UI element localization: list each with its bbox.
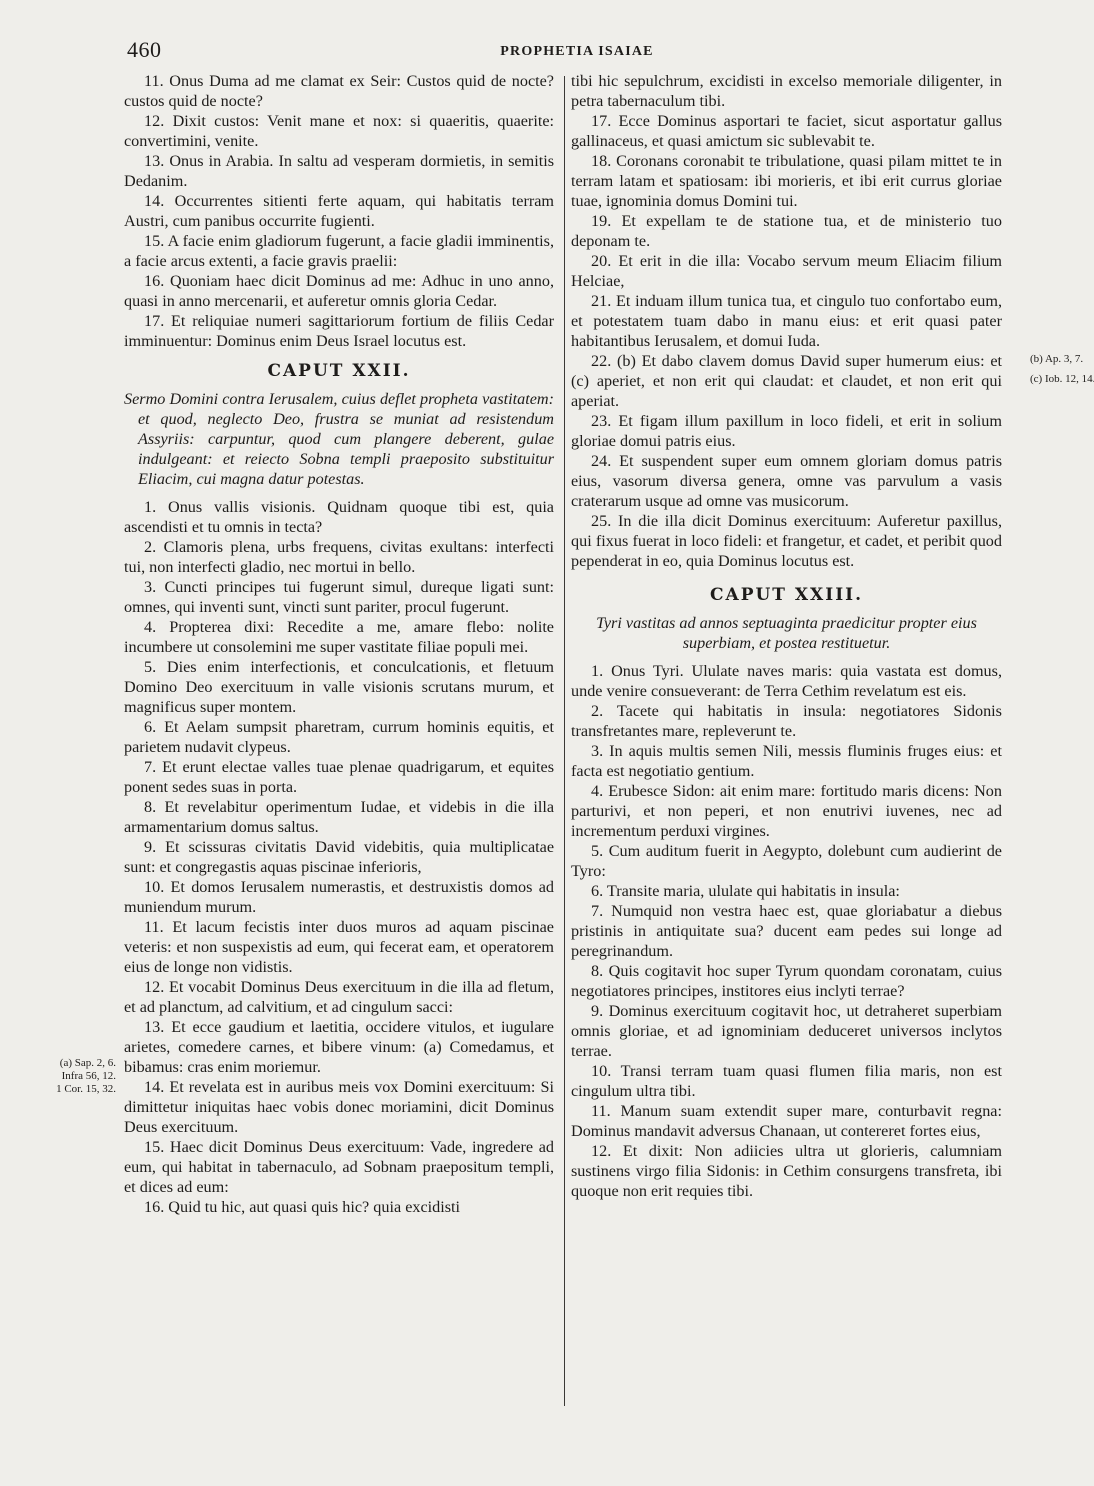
verse: 6. Transite maria, ululate qui habitatis… xyxy=(571,881,1002,901)
chapter-summary: Tyri vastitas ad annos septuaginta praed… xyxy=(571,613,1002,653)
verse: 14. Et revelata est in auribus meis vox … xyxy=(124,1077,554,1137)
verse: 16. Quid tu hic, aut quasi quis hic? qui… xyxy=(124,1197,554,1217)
verse-text: Et figam illum paxillum in loco fideli, … xyxy=(571,412,1002,450)
verse: 9. Dominus exercituum cogitavit hoc, ut … xyxy=(571,1001,1002,1061)
verse-number: 23. xyxy=(591,412,618,430)
verse-text: Clamoris plena, urbs frequens, civitas e… xyxy=(124,538,554,576)
verse-number: 18. xyxy=(591,152,616,170)
verse: 2. Tacete qui habitatis in insula: negot… xyxy=(571,701,1002,741)
verse-text: Occurrentes sitienti ferte aquam, qui ha… xyxy=(124,192,554,230)
verse: 10. Et domos Ierusalem numerastis, et de… xyxy=(124,877,554,917)
verse: 13. Onus in Arabia. In saltu ad vesperam… xyxy=(124,151,554,191)
verse-number: 9. xyxy=(591,1002,609,1020)
verse: 16. Quoniam haec dicit Dominus ad me: Ad… xyxy=(124,271,554,311)
verse-text: Et vocabit Dominus Deus exercituum in di… xyxy=(124,978,554,1016)
verse-text: In aquis multis semen Nili, messis flumi… xyxy=(571,742,1002,780)
verse-text: Quoniam haec dicit Dominus ad me: Adhuc … xyxy=(124,272,554,310)
verse-text: Onus Duma ad me clamat ex Seir: Custos q… xyxy=(124,72,554,110)
verse: 5. Cum auditum fuerit in Aegypto, dolebu… xyxy=(571,841,1002,881)
running-title: PROPHETIA ISAIAE xyxy=(0,44,1094,60)
verse: 1. Onus vallis visionis. Quidnam quoque … xyxy=(124,497,554,537)
left-column: 11. Onus Duma ad me clamat ex Seir: Cust… xyxy=(124,71,554,1217)
verse: 11. Et lacum fecistis inter duos muros a… xyxy=(124,917,554,977)
verse-number: 2. xyxy=(591,702,617,720)
verse: 21. Et induam illum tunica tua, et cingu… xyxy=(571,291,1002,351)
verse: 5. Dies enim interfectionis, et conculca… xyxy=(124,657,554,717)
verse-number: 17. xyxy=(591,112,618,130)
verse-text: Et domos Ierusalem numerastis, et destru… xyxy=(124,878,554,916)
verse-text: Et erunt electae valles tuae plenae quad… xyxy=(124,758,554,796)
verse: 19. Et expellam te de statione tua, et d… xyxy=(571,211,1002,251)
verse-text: Numquid non vestra haec est, quae gloria… xyxy=(571,902,1002,960)
verse-number: 4. xyxy=(144,618,169,636)
verse-text: Et ecce gaudium et laetitia, occidere vi… xyxy=(124,1018,554,1076)
verse: 12. Dixit custos: Venit mane et nox: si … xyxy=(124,111,554,151)
verse-text: Et expellam te de statione tua, et de mi… xyxy=(571,212,1002,250)
verse: 17. Ecce Dominus asportari te faciet, si… xyxy=(571,111,1002,151)
verse-text: Transite maria, ululate qui habitatis in… xyxy=(607,882,900,900)
verse-number: 13. xyxy=(144,152,169,170)
verse-number: 4. xyxy=(591,782,608,800)
verse-text: Et induam illum tunica tua, et cingulo t… xyxy=(571,292,1002,350)
verse: 4. Propterea dixi: Recedite a me, amare … xyxy=(124,617,554,657)
verse: 7. Et erunt electae valles tuae plenae q… xyxy=(124,757,554,797)
verse-text: Onus Tyri. Ululate naves maris: quia vas… xyxy=(571,662,1002,700)
verse-text: Et scissuras civitatis David videbitis, … xyxy=(124,838,554,876)
verse-text: Propterea dixi: Recedite a me, amare fle… xyxy=(124,618,554,656)
verse: 2. Clamoris plena, urbs frequens, civita… xyxy=(124,537,554,577)
verse-number: 21. xyxy=(591,292,616,310)
verse-number: 12. xyxy=(591,1142,623,1160)
margin-reference: (a) Sap. 2, 6.Infra 56, 12.1 Cor. 15, 32… xyxy=(36,1057,116,1096)
previous-chapter-verses: 11. Onus Duma ad me clamat ex Seir: Cust… xyxy=(124,71,554,351)
verse: 25. In die illa dicit Dominus exercituum… xyxy=(571,511,1002,571)
verse-text: Et Aelam sumpsit pharetram, currum homin… xyxy=(124,718,554,756)
verse-text: Tacete qui habitatis in insula: negotiat… xyxy=(571,702,1002,740)
verse-number: 11. xyxy=(144,918,172,936)
chapter-heading: CAPUT XXIII. xyxy=(571,585,1002,605)
verse-number: 11. xyxy=(591,1102,621,1120)
verse: 20. Et erit in die illa: Vocabo servum m… xyxy=(571,251,1002,291)
verse: 11. Manum suam extendit super mare, cont… xyxy=(571,1101,1002,1141)
verse: 12. Et dixit: Non adiicies ultra ut glor… xyxy=(571,1141,1002,1201)
verse: 11. Onus Duma ad me clamat ex Seir: Cust… xyxy=(124,71,554,111)
verse-number: 6. xyxy=(144,718,164,736)
verse-text: Transi terram tuam quasi flumen filia ma… xyxy=(571,1062,1002,1100)
verse: 7. Numquid non vestra haec est, quae glo… xyxy=(571,901,1002,961)
verse-number: 12. xyxy=(144,112,173,130)
verse: 3. Cuncti principes tui fugerunt simul, … xyxy=(124,577,554,617)
verse-number: 7. xyxy=(591,902,611,920)
verse-number: 17. xyxy=(144,312,171,330)
verse-number: 3. xyxy=(591,742,609,760)
right-column: tibi hic sepulchrum, excidisti in excels… xyxy=(571,71,1002,1201)
verse-text: A facie enim gladiorum fugerunt, a facie… xyxy=(124,232,554,270)
verse: 8. Et revelabitur operimentum Iudae, et … xyxy=(124,797,554,837)
verse-text: Coronans coronabit te tribulatione, quas… xyxy=(571,152,1002,210)
verse-number: 20. xyxy=(591,252,618,270)
verse-number: 8. xyxy=(144,798,165,816)
verse-number: 5. xyxy=(144,658,167,676)
verse-number: 15. xyxy=(144,232,168,250)
verse-number: 24. xyxy=(591,452,619,470)
verse: 14. Occurrentes sitienti ferte aquam, qu… xyxy=(124,191,554,231)
verse-text: Erubesce Sidon: ait enim mare: fortitudo… xyxy=(571,782,1002,840)
verse-text: Et erit in die illa: Vocabo servum meum … xyxy=(571,252,1002,290)
chapter-heading: CAPUT XXII. xyxy=(124,361,554,381)
verse-number: 5. xyxy=(591,842,609,860)
verse-text: Cuncti principes tui fugerunt simul, dur… xyxy=(124,578,554,616)
chapter-verses: 1. Onus vallis visionis. Quidnam quoque … xyxy=(124,497,554,1217)
verse-number: 19. xyxy=(591,212,622,230)
verse-number: 13. xyxy=(144,1018,171,1036)
verse-number: 10. xyxy=(144,878,171,896)
verse: 24. Et suspendent super eum omnem gloria… xyxy=(571,451,1002,511)
verse-continuation: tibi hic sepulchrum, excidisti in excels… xyxy=(571,71,1002,111)
verse: 9. Et scissuras civitatis David videbiti… xyxy=(124,837,554,877)
verse-text: Et reliquiae numeri sagittariorum fortiu… xyxy=(124,312,554,350)
verse-text: Onus vallis visionis. Quidnam quoque tib… xyxy=(124,498,554,536)
verse-text: Manum suam extendit super mare, conturba… xyxy=(571,1102,1002,1140)
verse-text: In die illa dicit Dominus exercituum: Au… xyxy=(571,512,1002,570)
verse: 18. Coronans coronabit te tribulatione, … xyxy=(571,151,1002,211)
verse-text: Dominus exercituum cogitavit hoc, ut det… xyxy=(571,1002,1002,1060)
verse: 17. Et reliquiae numeri sagittariorum fo… xyxy=(124,311,554,351)
verse-number: 7. xyxy=(144,758,162,776)
margin-reference: (b) Ap. 3, 7.(c) Iob. 12, 14. xyxy=(1010,353,1094,393)
verse-number: 9. xyxy=(144,838,165,856)
verse-text: Quid tu hic, aut quasi quis hic? quia ex… xyxy=(168,1198,460,1216)
verse-text: Cum auditum fuerit in Aegypto, dolebunt … xyxy=(571,842,1002,880)
chapter-verses: 1. Onus Tyri. Ululate naves maris: quia … xyxy=(571,661,1002,1201)
verse-text: Haec dicit Dominus Deus exercituum: Vade… xyxy=(124,1138,554,1196)
verse-text: Et revelabitur operimentum Iudae, et vid… xyxy=(124,798,554,836)
verse-text: (b) Et dabo clavem domus David super hum… xyxy=(571,352,1002,410)
verse-number: 11. xyxy=(144,72,169,90)
verse-text: Et revelata est in auribus meis vox Domi… xyxy=(124,1078,554,1136)
verse-text: Et lacum fecistis inter duos muros ad aq… xyxy=(124,918,554,976)
verse-text: Dixit custos: Venit mane et nox: si quae… xyxy=(124,112,554,150)
verse-text: Quis cogitavit hoc super Tyrum quondam c… xyxy=(571,962,1002,1000)
verse-number: 25. xyxy=(591,512,618,530)
chapter-summary: Sermo Domini contra Ierusalem, cuius def… xyxy=(124,389,554,489)
verse-number: 16. xyxy=(144,1198,168,1216)
verse-number: 6. xyxy=(591,882,607,900)
verse-number: 22. xyxy=(591,352,617,370)
verse: 1. Onus Tyri. Ululate naves maris: quia … xyxy=(571,661,1002,701)
verse: 12. Et vocabit Dominus Deus exercituum i… xyxy=(124,977,554,1017)
verse: 4. Erubesce Sidon: ait enim mare: fortit… xyxy=(571,781,1002,841)
verse-number: 1. xyxy=(591,662,611,680)
verse-number: 8. xyxy=(591,962,609,980)
verse: 23. Et figam illum paxillum in loco fide… xyxy=(571,411,1002,451)
verse-number: 1. xyxy=(144,498,168,516)
column-divider xyxy=(564,76,565,1406)
verse-number: 3. xyxy=(144,578,164,596)
chapter-verses: 17. Ecce Dominus asportari te faciet, si… xyxy=(571,111,1002,571)
verse: 10. Transi terram tuam quasi flumen fili… xyxy=(571,1061,1002,1101)
verse-text: Dies enim interfectionis, et conculcatio… xyxy=(124,658,554,716)
verse: 22. (b) Et dabo clavem domus David super… xyxy=(571,351,1002,411)
verse: 15. A facie enim gladiorum fugerunt, a f… xyxy=(124,231,554,271)
verse-number: 15. xyxy=(144,1138,170,1156)
verse-number: 2. xyxy=(144,538,164,556)
verse-number: 14. xyxy=(144,1078,169,1096)
verse-text: Onus in Arabia. In saltu ad vesperam dor… xyxy=(124,152,554,190)
verse: 8. Quis cogitavit hoc super Tyrum quonda… xyxy=(571,961,1002,1001)
verse-number: 10. xyxy=(591,1062,621,1080)
verse: 3. In aquis multis semen Nili, messis fl… xyxy=(571,741,1002,781)
verse-text: Ecce Dominus asportari te faciet, sicut … xyxy=(571,112,1002,150)
verse: 6. Et Aelam sumpsit pharetram, currum ho… xyxy=(124,717,554,757)
verse-number: 14. xyxy=(144,192,175,210)
verse-number: 16. xyxy=(144,272,170,290)
verse-number: 12. xyxy=(144,978,169,996)
verse-text: Et suspendent super eum omnem gloriam do… xyxy=(571,452,1002,510)
verse: 15. Haec dicit Dominus Deus exercituum: … xyxy=(124,1137,554,1197)
verse-text: Et dixit: Non adiicies ultra ut glorieri… xyxy=(571,1142,1002,1200)
verse: 13. Et ecce gaudium et laetitia, occider… xyxy=(124,1017,554,1077)
